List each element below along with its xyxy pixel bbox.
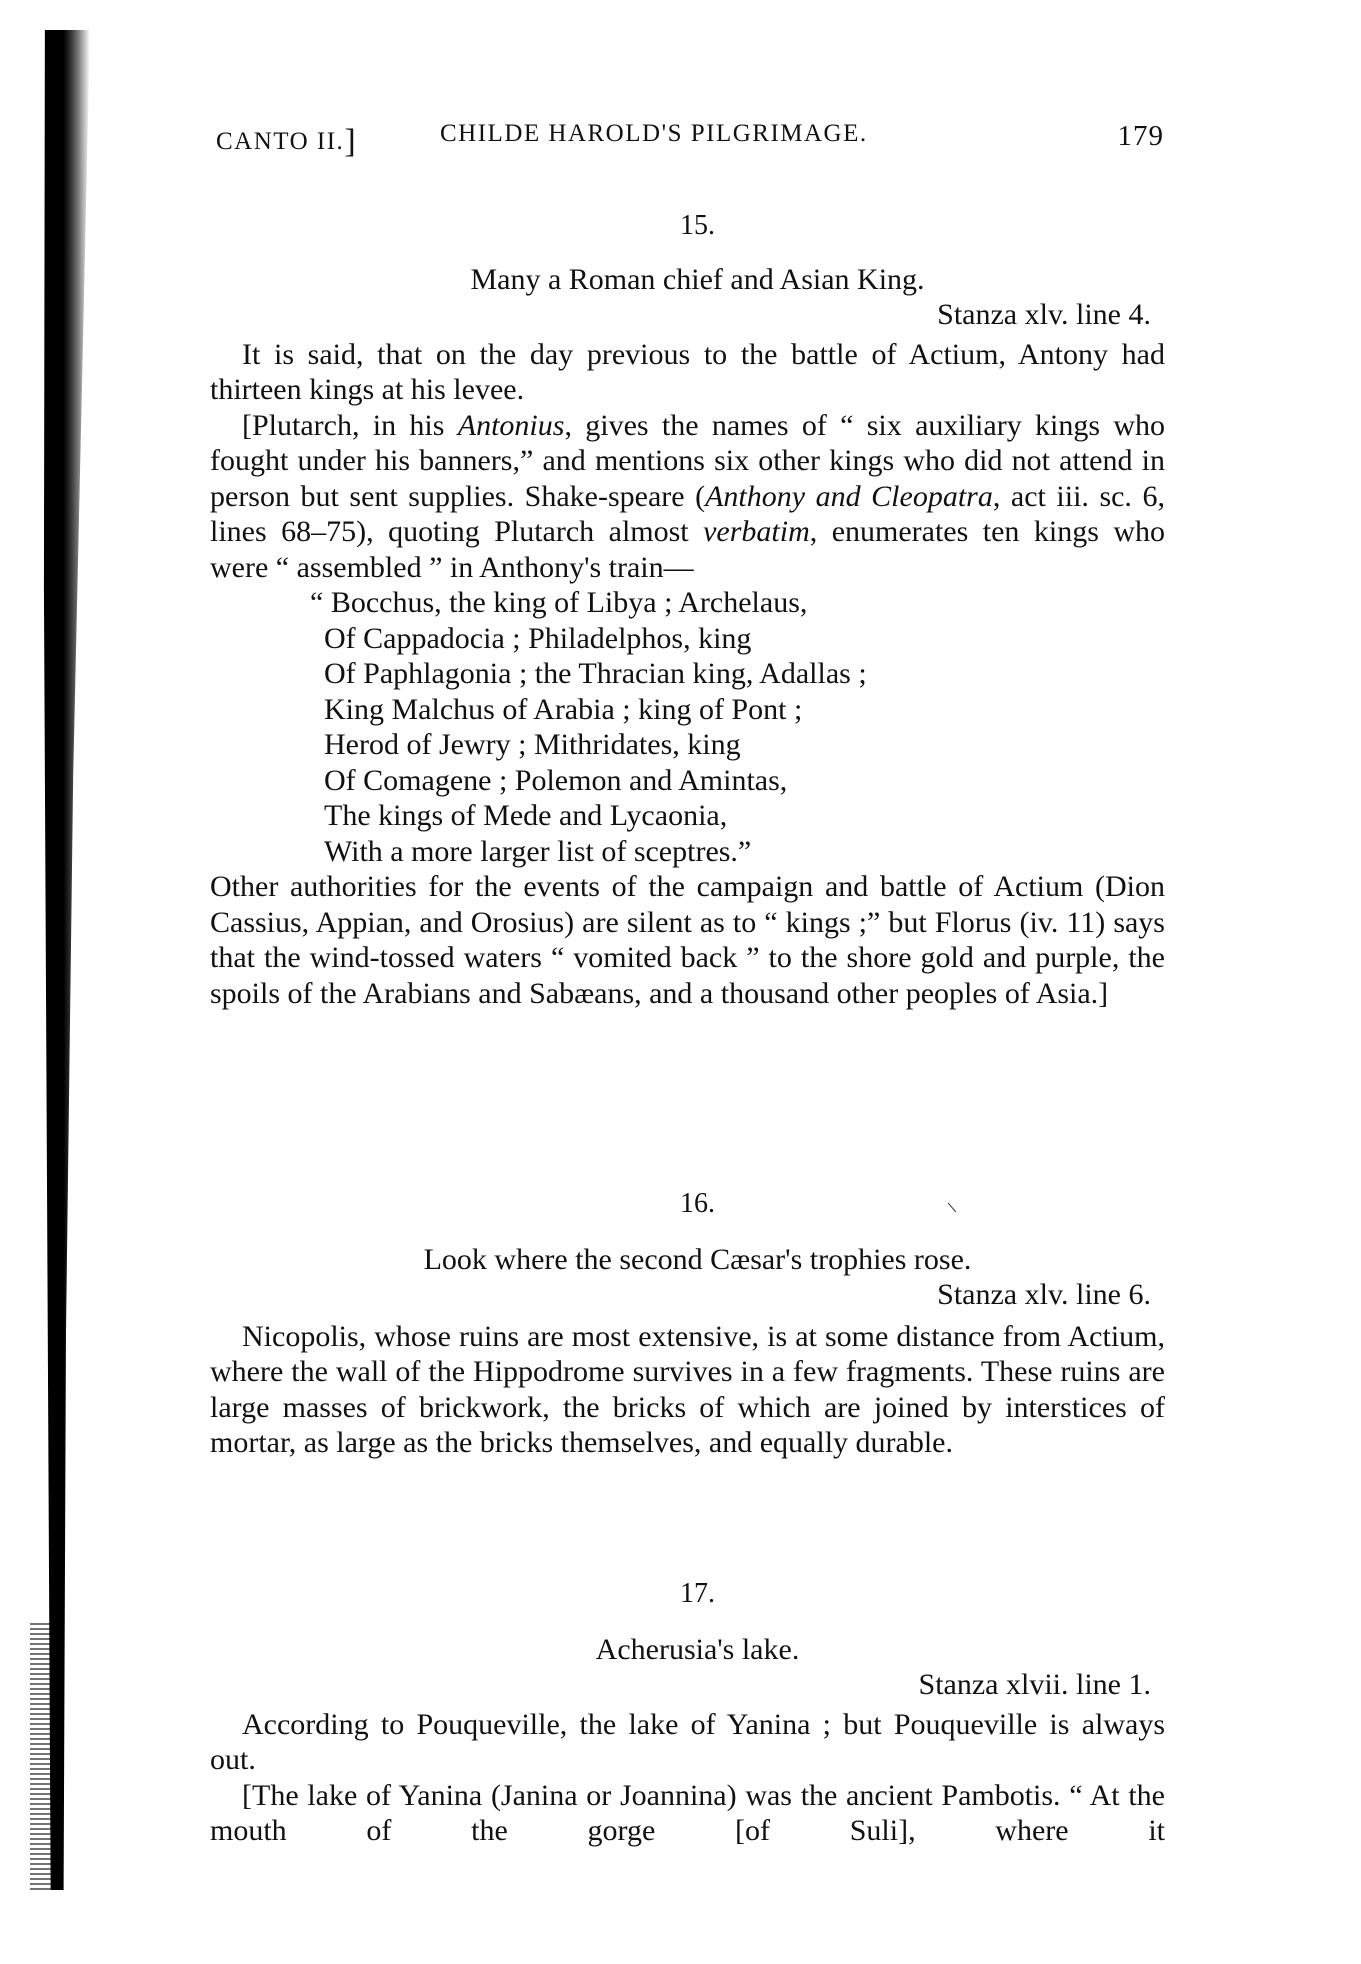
canto-label: CANTO II.] xyxy=(216,120,356,158)
verse-line: Of Comagene ; Polemon and Amintas, xyxy=(310,763,1165,799)
stanza-reference: Stanza xlvii. line 1. xyxy=(210,1667,1165,1703)
verse-line: “ Bocchus, the king of Libya ; Archelaus… xyxy=(310,585,1165,621)
note-number: 15. xyxy=(210,208,1165,244)
canto-text: CANTO II. xyxy=(216,128,344,155)
italic-title: Anthony and Cleopatra xyxy=(705,480,993,513)
book-binding-speckle xyxy=(30,1620,60,1890)
book-title: CHILDE HAROLD'S PILGRIMAGE. xyxy=(440,120,868,148)
verse-line: The kings of Mede and Lycaonia, xyxy=(310,798,1165,834)
canto-bracket: ] xyxy=(344,123,355,160)
paragraph: [Plutarch, in his Antonius, gives the na… xyxy=(210,408,1165,586)
verse-line: With a more larger list of sceptres.” xyxy=(310,834,1165,870)
stanza-reference: Stanza xlv. line 6. xyxy=(210,1277,1165,1313)
note-number: 17. xyxy=(210,1576,1165,1612)
paragraph: [The lake of Yanina (Janina or Joannina)… xyxy=(210,1778,1165,1849)
verse-line: Of Paphlagonia ; the Thracian king, Adal… xyxy=(310,656,1165,692)
stanza-reference: Stanza xlv. line 4. xyxy=(210,297,1165,333)
note-quote: Acherusia's lake. xyxy=(210,1632,1165,1668)
note-number: 16. xyxy=(210,1186,1165,1222)
note-17: 17. Acherusia's lake. Stanza xlvii. line… xyxy=(210,1576,1165,1849)
page-number: 179 xyxy=(1118,120,1165,153)
paragraph: According to Pouqueville, the lake of Ya… xyxy=(210,1707,1165,1778)
verse-line: Of Cappadocia ; Philadelphos, king xyxy=(310,621,1165,657)
note-quote: Many a Roman chief and Asian King. xyxy=(210,262,1165,298)
note-15: 15. Many a Roman chief and Asian King. S… xyxy=(210,208,1165,1011)
note-16: 16. Look where the second Cæsar's trophi… xyxy=(210,1186,1165,1461)
running-head: CANTO II.] CHILDE HAROLD'S PILGRIMAGE. 1… xyxy=(216,120,1164,156)
verse-line: Herod of Jewry ; Mithridates, king xyxy=(310,727,1165,763)
paragraph: It is said, that on the day previous to … xyxy=(210,337,1165,408)
italic-word: verbatim xyxy=(703,515,810,548)
verse-line: King Malchus of Arabia ; king of Pont ; xyxy=(310,692,1165,728)
text-run: [Plutarch, in his xyxy=(242,409,458,442)
book-binding-shadow xyxy=(42,30,90,1890)
note-quote: Look where the second Cæsar's trophies r… xyxy=(210,1242,1165,1278)
paragraph-line: It is said, that on the day previous to … xyxy=(242,338,1006,371)
paragraph: Other authorities for the events of the … xyxy=(210,869,1165,1011)
italic-title: Antonius xyxy=(458,409,565,442)
paragraph: Nicopolis, whose ruins are most extensiv… xyxy=(210,1319,1165,1461)
verse-quotation: “ Bocchus, the king of Libya ; Archelaus… xyxy=(210,585,1165,869)
